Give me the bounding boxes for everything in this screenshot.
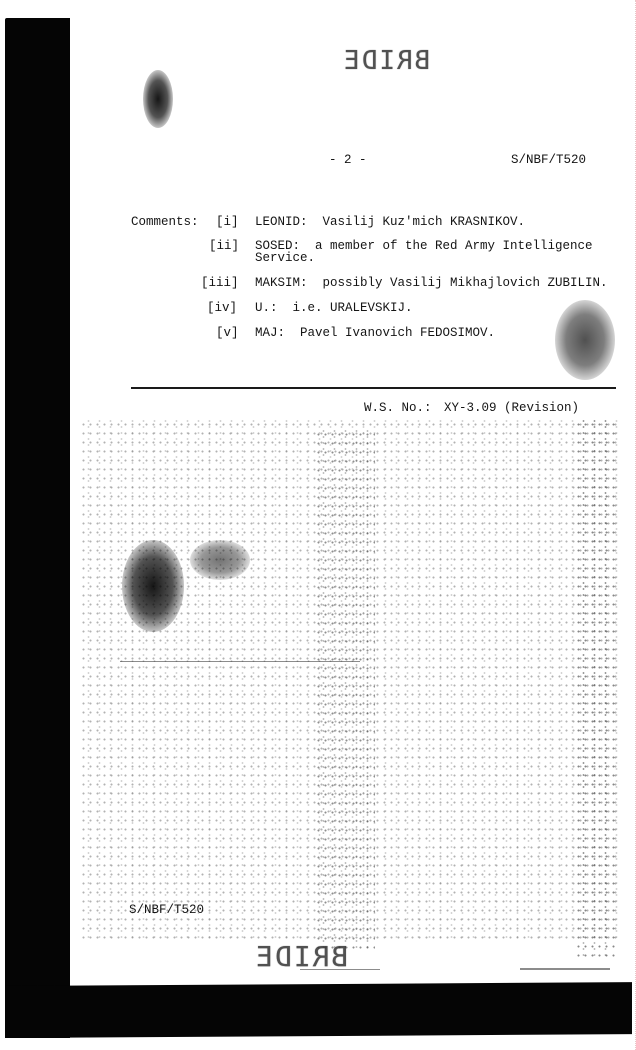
bride-stamp-bottom: BRIDE <box>254 940 348 973</box>
scan-noise <box>315 430 375 950</box>
comment-index: [iii] <box>201 277 239 290</box>
comment-index: [i] <box>216 216 239 229</box>
ws-number-label: W.S. No.: <box>364 402 432 415</box>
document-reference-top: S/NBF/T520 <box>511 154 586 167</box>
document-reference-bottom: S/NBF/T520 <box>129 904 204 917</box>
page-number: - 2 - <box>329 154 367 167</box>
comments-label: Comments: <box>131 216 199 229</box>
comment-text-continued: Service. <box>255 252 315 265</box>
scan-smudge <box>555 300 615 380</box>
comment-text: MAJ: Pavel Ivanovich FEDOSIMOV. <box>255 327 495 340</box>
comment-text: LEONID: Vasilij Kuz'mich KRASNIKOV. <box>255 216 525 229</box>
comment-index: [ii] <box>209 240 239 253</box>
scan-streak <box>520 968 610 970</box>
comment-index: [v] <box>216 327 239 340</box>
scan-smudge <box>143 70 173 128</box>
comment-index: [iv] <box>207 302 237 315</box>
bride-stamp-top: BRIDE <box>342 46 430 76</box>
section-divider <box>131 387 616 389</box>
scan-border-bottom <box>5 982 632 1038</box>
comment-text: MAKSIM: possibly Vasilij Mikhajlovich ZU… <box>255 277 608 290</box>
comment-text: U.: i.e. URALEVSKIJ. <box>255 302 413 315</box>
ws-number-value: XY-3.09 (Revision) <box>444 402 579 415</box>
scan-noise <box>575 420 615 960</box>
scan-border-left <box>5 18 70 1038</box>
scan-streak <box>120 661 360 662</box>
